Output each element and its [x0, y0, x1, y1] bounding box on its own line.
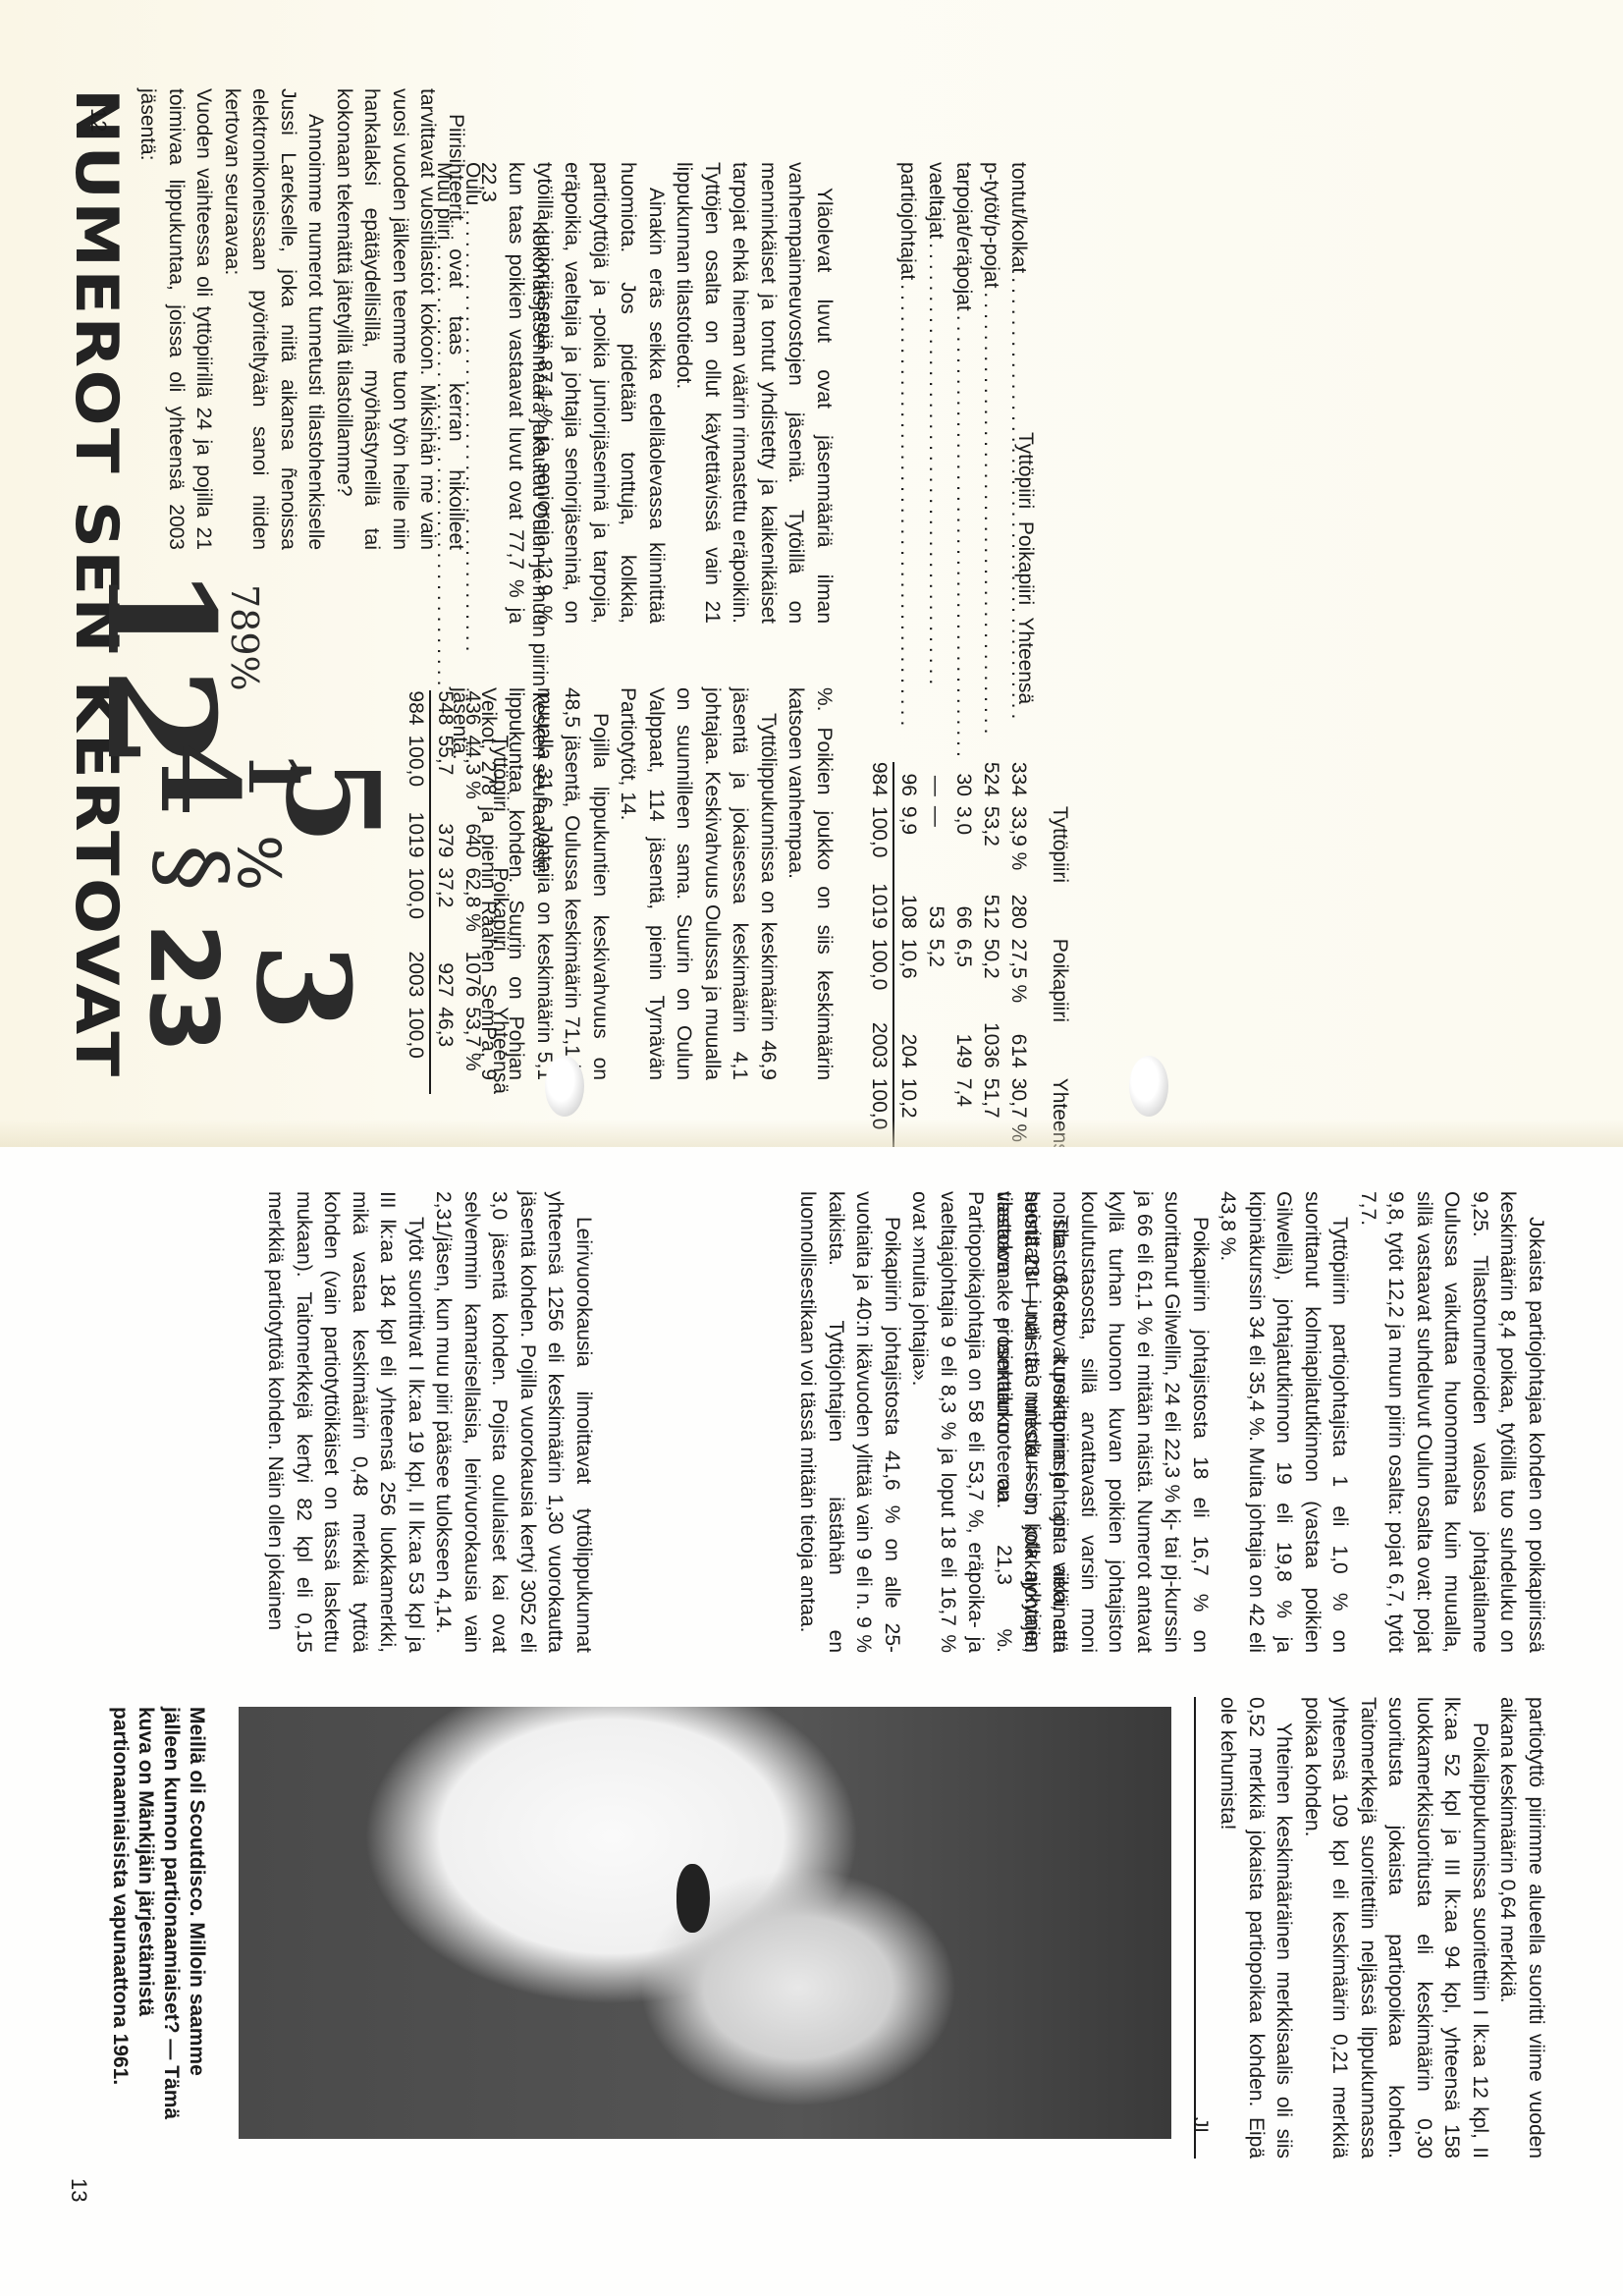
- cell: 100,0: [865, 939, 893, 1022]
- row-label: Muu piiri: [433, 162, 457, 244]
- cell: 548: [430, 690, 459, 735]
- table1-header: Tyttöpiiri Poikapiiri Yhteensä: [1046, 162, 1073, 1147]
- cell: 1019: [865, 883, 893, 939]
- cell: 512: [977, 883, 1004, 939]
- row-label: tarpojat/eräpojat: [951, 162, 975, 315]
- text-column-1: Jokaista partiojohtajaa kohden on poikap…: [990, 1191, 1549, 1653]
- table-row: Oulu....................................…: [459, 162, 486, 1094]
- punch-hole: [1129, 1056, 1168, 1117]
- cell: 3,0: [949, 806, 977, 883]
- table2: Tyttöpiiri Poikapiiri Yhteensä Oulu.....…: [402, 162, 514, 1094]
- table2-header: Tyttöpiiri Poikapiiri Yhteensä: [486, 162, 514, 1094]
- cell: —: [922, 806, 949, 883]
- table-row: vaeltajat...............................…: [922, 162, 949, 1147]
- paragraph: Tilastot kertovat poikapiirin johtajista…: [905, 1191, 1073, 1653]
- cell: 37,2: [430, 867, 459, 951]
- cell: 53,2: [977, 806, 1004, 883]
- table-row: p-tytöt/p-pojat.........................…: [977, 162, 1004, 1147]
- page-12-layout: Tyttöpiiri Poikapiiri Yhteensä tontut/ko…: [0, 0, 1623, 1147]
- photo-caption: Meillä oli Scoutdisco. Milloin saamme jä…: [107, 1707, 209, 2139]
- table2-intro: Kokonaisjäsenmäärä jakautuu Oulun ja muu…: [525, 221, 554, 1105]
- cell: 100,0: [865, 806, 893, 883]
- header-yhteensa: Yhteensä: [486, 1007, 514, 1094]
- costume-party-photo: [239, 1707, 1171, 2139]
- header-tyttopiiri: Tyttöpiiri: [1046, 806, 1073, 883]
- table-total-row: 984 100,0 1019 100,0 2003 100,0: [865, 162, 893, 1147]
- cell: 2003: [402, 952, 430, 1008]
- table2-block: Tyttöpiiri Poikapiiri Yhteensä Oulu.....…: [402, 162, 514, 1080]
- table-row: Muu piiri...............................…: [430, 162, 459, 1094]
- cell: 149: [949, 1022, 977, 1078]
- cell: 10,6: [893, 939, 922, 1022]
- photo-mask-detail: [676, 1864, 710, 1933]
- cell: 1019: [402, 812, 430, 868]
- paragraph: Yläolevat luvut ovat jäsenmääriä ilman v…: [670, 162, 838, 624]
- page-number: 13: [66, 2178, 91, 2202]
- cell: 44,3 %: [459, 735, 486, 811]
- cell: 9,9: [893, 806, 922, 883]
- cell: 1036: [977, 1022, 1004, 1078]
- row-label: Oulu: [460, 162, 484, 209]
- cell: [922, 1022, 949, 1078]
- cell: 984: [865, 762, 893, 806]
- cell: 33,9 %: [1004, 806, 1032, 883]
- cell: 30: [949, 762, 977, 806]
- table1-block: Tyttöpiiri Poikapiiri Yhteensä tontut/ko…: [865, 162, 1073, 1080]
- cell: 62,8 %: [459, 867, 486, 951]
- cell: 614: [1004, 1022, 1032, 1078]
- table-row: tontut/kolkat...........................…: [1004, 162, 1032, 1147]
- cell: 46,3: [430, 1007, 459, 1094]
- paragraph: Yhteinen keskimääräinen merkkisaalis oli…: [1214, 1697, 1298, 2159]
- header-poikapiiri: Poikapiiri: [1046, 939, 1073, 1022]
- cell: 100,0: [402, 1007, 430, 1094]
- paragraph: Poikalippukunnissa suoritettiin I lk:aa …: [1298, 1697, 1494, 2159]
- cell: 5,2: [922, 939, 949, 1022]
- cell: —: [922, 762, 949, 806]
- cell: 27,5 %: [1004, 939, 1032, 1022]
- paragraph: Leirivuorokausia ilmoittavat tyttölippuk…: [429, 1191, 597, 1653]
- paragraph: partiotyttö piirimme alueella suoritti v…: [1493, 1697, 1549, 2159]
- paragraph: Tyttöpiirin partiojohtajista 1 eli 1,0 %…: [1214, 1191, 1354, 1653]
- divider-rule: [1194, 1697, 1196, 2159]
- text-column-2: partiotyttö piirimme alueella suoritti v…: [1186, 1697, 1550, 2159]
- cell: 436: [459, 690, 486, 735]
- row-label: tontut/kolkat: [1006, 162, 1030, 277]
- cell: 379: [430, 812, 459, 868]
- cell: 334: [1004, 762, 1032, 806]
- punch-hole: [545, 1056, 584, 1117]
- row-label: partiojohtajat: [896, 162, 920, 284]
- paragraph: Tytöt suorittivat I lk:aa 19 kpl, II lk:…: [261, 1191, 429, 1653]
- cell: 53: [922, 883, 949, 939]
- paragraph: Jokaista partiojohtajaa kohden on poikap…: [1354, 1191, 1550, 1653]
- table-row: tarpojat/eräpojat.......................…: [949, 162, 977, 1147]
- row-label: p-tytöt/p-pojat: [979, 162, 1002, 292]
- cell: 66: [949, 883, 977, 939]
- page-13: Jokaista partiojohtajaa kohden on poikap…: [0, 1147, 1623, 2294]
- page-12-content: Tyttöpiiri Poikapiiri Yhteensä tontut/ko…: [0, 0, 1623, 1147]
- cell: 640: [459, 812, 486, 868]
- table-total-row: 984 100,0 1019 100,0 2003 100,0: [402, 162, 430, 1094]
- cell: 984: [402, 690, 430, 735]
- paragraph: %. Poikien joukko on siis keskimäärin ka…: [782, 687, 838, 1080]
- text-column-1c: Leirivuorokausia ilmoittavat tyttölippuk…: [261, 1191, 597, 1653]
- cell: 96: [893, 762, 922, 806]
- cell: 927: [430, 952, 459, 1008]
- cell: 1076: [459, 952, 486, 1008]
- table-row: partiojohtajat..........................…: [893, 162, 922, 1147]
- cell: 6,5: [949, 939, 977, 1022]
- cell: 100,0: [402, 867, 430, 951]
- cell: 204: [893, 1022, 922, 1078]
- header-poikapiiri: Poikapiiri: [486, 867, 514, 951]
- page-13-sheet: Jokaista partiojohtajaa kohden on poikap…: [0, 1147, 1623, 2296]
- cell: 108: [893, 883, 922, 939]
- cell: 100,0: [402, 735, 430, 811]
- cell: 280: [1004, 883, 1032, 939]
- cell: 524: [977, 762, 1004, 806]
- paragraph: Poikapiirin johtajistosta 41,6 % on alle…: [793, 1191, 905, 1653]
- cell: 2003: [865, 1022, 893, 1078]
- paragraph: Tyttölippukunnissa on keskimäärin 46,9 j…: [614, 687, 782, 1080]
- cell: 50,2: [977, 939, 1004, 1022]
- table1: Tyttöpiiri Poikapiiri Yhteensä tontut/ko…: [865, 162, 1073, 1147]
- author-signature: JL: [1186, 1697, 1215, 2159]
- header-tyttopiiri: Tyttöpiiri: [486, 735, 514, 811]
- text-column-1b: Tilastot kertovat poikapiirin johtajista…: [793, 1191, 1073, 1653]
- cell: 55,7: [430, 735, 459, 811]
- row-label: vaeltajat: [924, 162, 947, 243]
- cell: 53,7 %: [459, 1007, 486, 1094]
- page-number: 12: [85, 108, 111, 132]
